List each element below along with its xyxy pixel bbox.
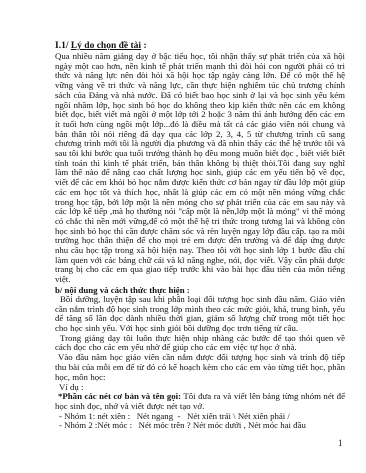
heading-number: I.1/: [55, 41, 71, 51]
paragraph-trong-giang-day: Trong giảng dạy tôi luôn thực hiện nhịp …: [55, 334, 345, 353]
page-number: 1: [338, 438, 343, 448]
list-item-group2: - Nhóm 2 :Nét móc : Nét móc trên ? Nét m…: [55, 421, 345, 431]
paragraph-example: *Phần các nét cơ bản và tên gọi: Tôi đưa…: [55, 392, 345, 411]
document-content: I.1/ Lý do chọn đề tài : Qua nhiều năm g…: [55, 41, 345, 431]
heading-title: Lý do chọn đề tài: [71, 41, 141, 51]
document-page: I.1/ Lý do chọn đề tài : Qua nhiều năm g…: [0, 0, 366, 473]
heading-colon: :: [141, 41, 147, 51]
paragraph-vao-dau-nam: Vào đầu năm học giáo viên cần nắm được đ…: [55, 353, 345, 382]
example-lead: *Phần các nét cơ bản và tên gọi:: [58, 391, 181, 401]
intro-paragraph: Qua nhiều năm giảng dạy ở bậc tiểu học, …: [55, 52, 345, 285]
paragraph-boi-duong: Bồi dưỡng, luyện tập sau khi phân loại đ…: [55, 295, 345, 334]
